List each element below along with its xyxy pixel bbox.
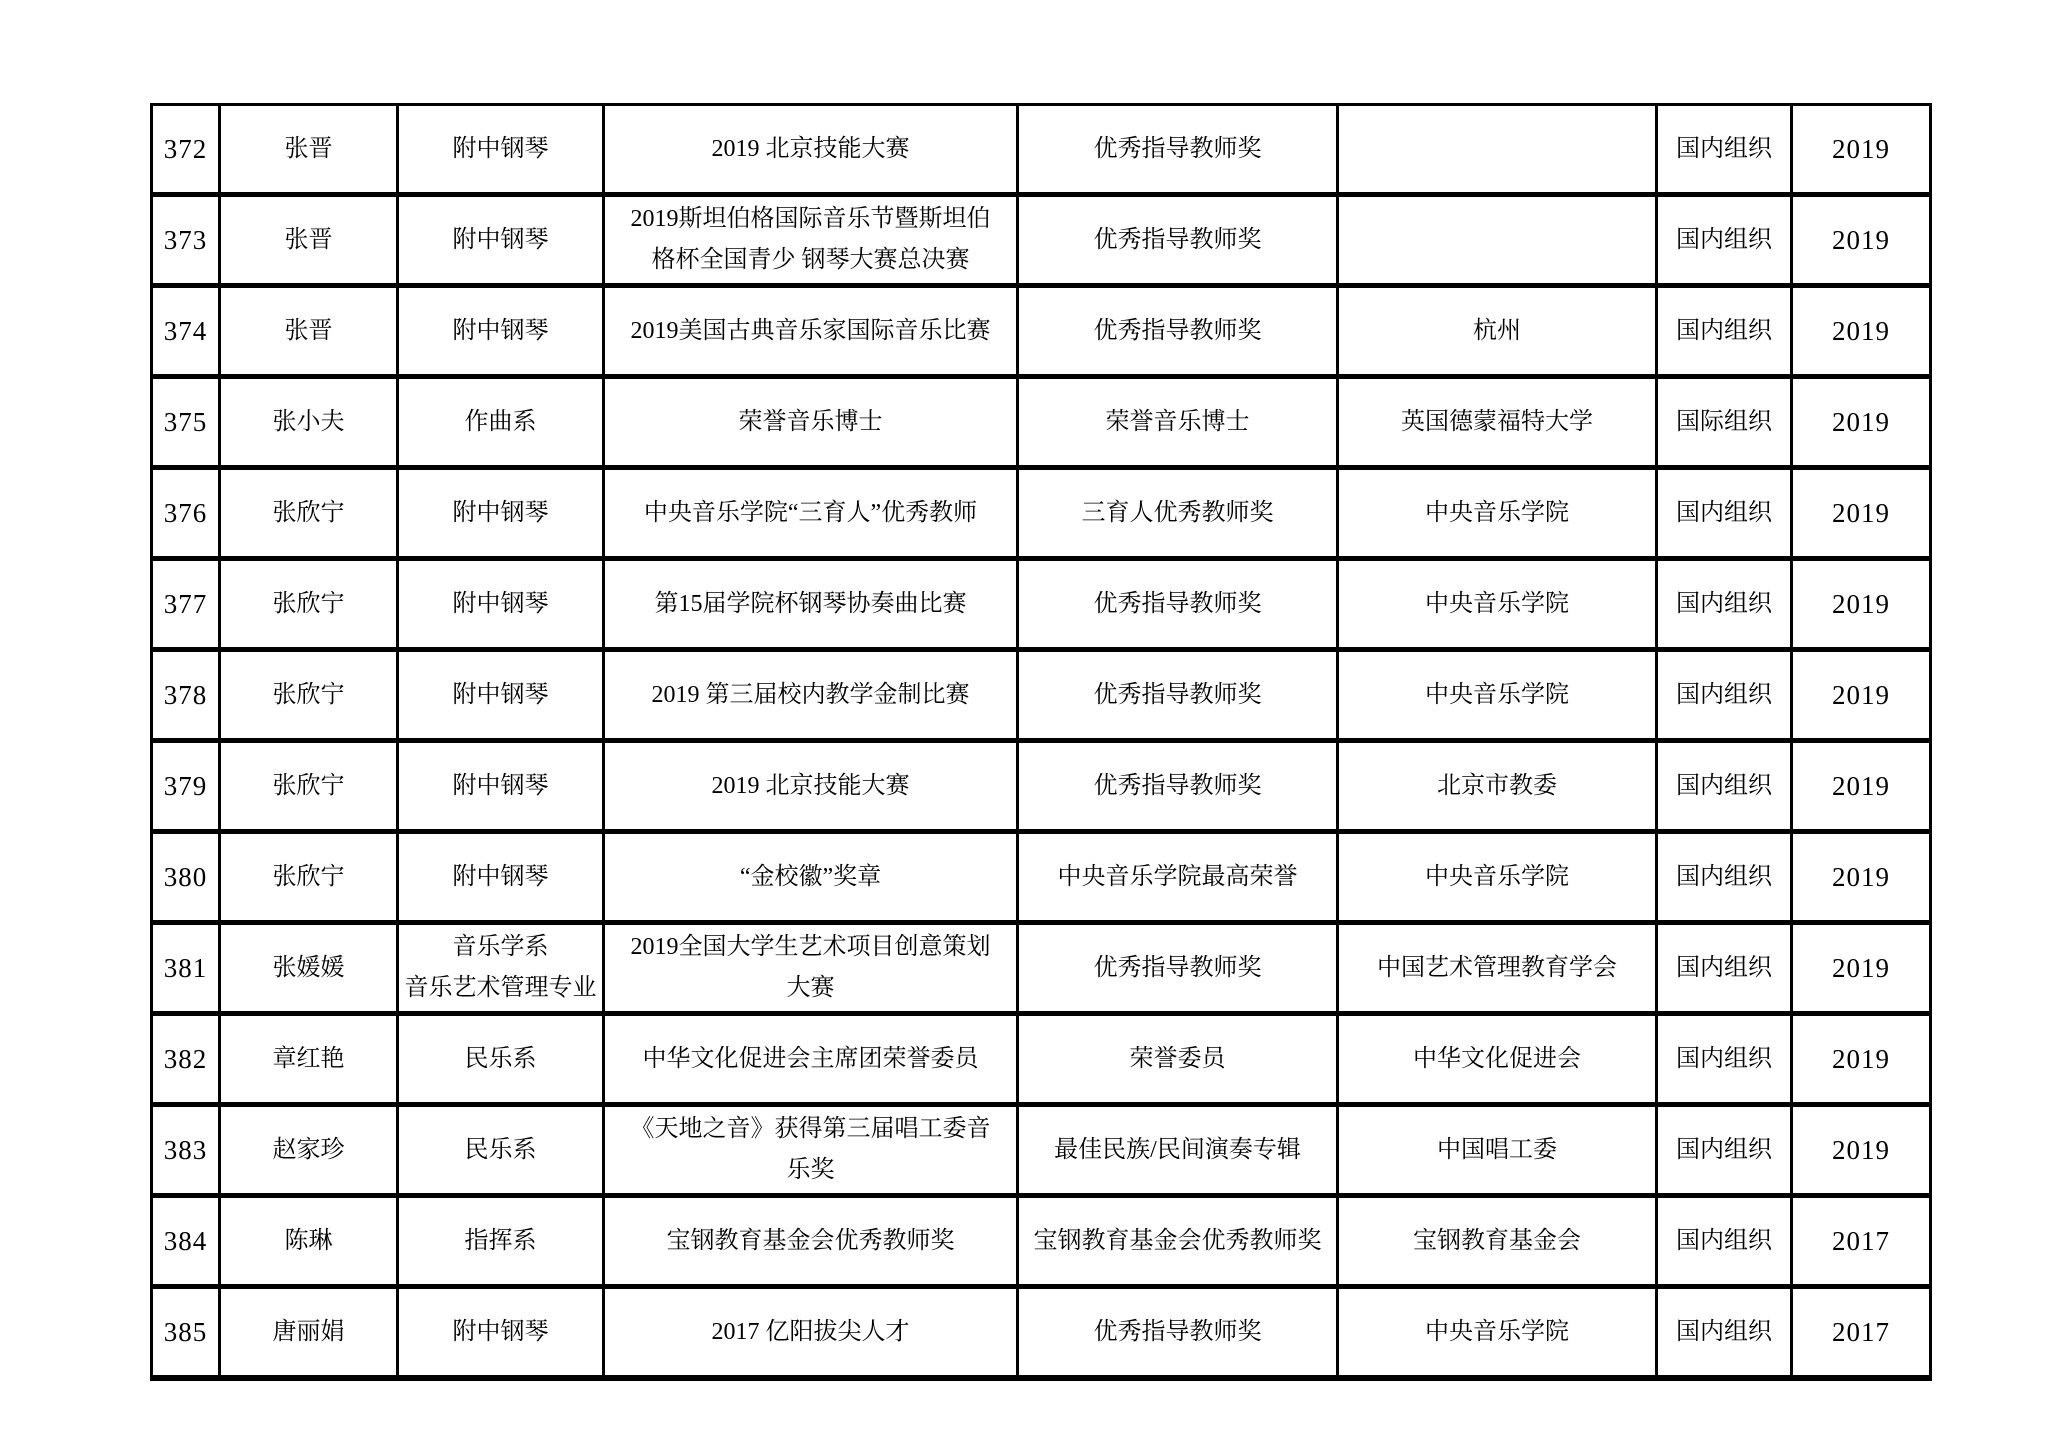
cell-department: 民乐系	[398, 1105, 604, 1196]
cell-teacher-name: 赵家珍	[220, 1105, 398, 1196]
cell-teacher-name: 张欣宁	[220, 468, 398, 559]
cell-index: 377	[152, 559, 220, 650]
cell-award-name: 荣誉音乐博士	[604, 377, 1018, 468]
cell-org-type: 国内组织	[1657, 1105, 1792, 1196]
cell-organization: 中央音乐学院	[1338, 1287, 1657, 1379]
cell-teacher-name: 章红艳	[220, 1014, 398, 1105]
cell-year: 2017	[1792, 1287, 1931, 1379]
cell-year: 2019	[1792, 650, 1931, 741]
cell-org-type: 国际组织	[1657, 377, 1792, 468]
table-row: 372张晋附中钢琴2019 北京技能大赛优秀指导教师奖国内组织2019	[152, 105, 1931, 195]
table-row: 384陈琳指挥系宝钢教育基金会优秀教师奖宝钢教育基金会优秀教师奖宝钢教育基金会国…	[152, 1196, 1931, 1287]
cell-department: 附中钢琴	[398, 832, 604, 923]
cell-year: 2019	[1792, 377, 1931, 468]
cell-teacher-name: 张欣宁	[220, 832, 398, 923]
cell-year: 2019	[1792, 1014, 1931, 1105]
cell-teacher-name: 陈琳	[220, 1196, 398, 1287]
cell-org-type: 国内组织	[1657, 1287, 1792, 1379]
cell-year: 2019	[1792, 105, 1931, 195]
cell-organization: 中央音乐学院	[1338, 468, 1657, 559]
cell-index: 375	[152, 377, 220, 468]
table-row: 374张晋附中钢琴2019美国古典音乐家国际音乐比赛优秀指导教师奖杭州国内组织2…	[152, 286, 1931, 377]
table-row: 378张欣宁附中钢琴2019 第三届校内教学金制比赛优秀指导教师奖中央音乐学院国…	[152, 650, 1931, 741]
table-row: 381张媛媛音乐学系 音乐艺术管理专业2019全国大学生艺术项目创意策划 大赛优…	[152, 923, 1931, 1014]
cell-organization: 中华文化促进会	[1338, 1014, 1657, 1105]
cell-organization: 宝钢教育基金会	[1338, 1196, 1657, 1287]
cell-award-title: 三育人优秀教师奖	[1018, 468, 1338, 559]
cell-award-name: 2019全国大学生艺术项目创意策划 大赛	[604, 923, 1018, 1014]
cell-organization: 北京市教委	[1338, 741, 1657, 832]
cell-award-name: 《天地之音》获得第三届唱工委音 乐奖	[604, 1105, 1018, 1196]
cell-index: 381	[152, 923, 220, 1014]
cell-year: 2019	[1792, 559, 1931, 650]
cell-year: 2019	[1792, 195, 1931, 286]
cell-organization	[1338, 105, 1657, 195]
cell-org-type: 国内组织	[1657, 923, 1792, 1014]
cell-department: 附中钢琴	[398, 741, 604, 832]
cell-organization: 中央音乐学院	[1338, 650, 1657, 741]
cell-award-title: 中央音乐学院最高荣誉	[1018, 832, 1338, 923]
cell-department: 音乐学系 音乐艺术管理专业	[398, 923, 604, 1014]
table-row: 380张欣宁附中钢琴“金校徽”奖章中央音乐学院最高荣誉中央音乐学院国内组织201…	[152, 832, 1931, 923]
cell-award-title: 优秀指导教师奖	[1018, 1287, 1338, 1379]
cell-org-type: 国内组织	[1657, 1014, 1792, 1105]
document-page: 372张晋附中钢琴2019 北京技能大赛优秀指导教师奖国内组织2019373张晋…	[0, 0, 2048, 1449]
table-row: 385唐丽娟附中钢琴2017 亿阳拔尖人才优秀指导教师奖中央音乐学院国内组织20…	[152, 1287, 1931, 1379]
cell-organization: 中央音乐学院	[1338, 559, 1657, 650]
table-row: 376张欣宁附中钢琴中央音乐学院“三育人”优秀教师三育人优秀教师奖中央音乐学院国…	[152, 468, 1931, 559]
table-row: 377张欣宁附中钢琴第15届学院杯钢琴协奏曲比赛优秀指导教师奖中央音乐学院国内组…	[152, 559, 1931, 650]
cell-index: 378	[152, 650, 220, 741]
cell-org-type: 国内组织	[1657, 832, 1792, 923]
cell-organization: 中国唱工委	[1338, 1105, 1657, 1196]
cell-award-name: 第15届学院杯钢琴协奏曲比赛	[604, 559, 1018, 650]
cell-award-name: 2019 北京技能大赛	[604, 105, 1018, 195]
cell-department: 附中钢琴	[398, 286, 604, 377]
cell-teacher-name: 张晋	[220, 105, 398, 195]
cell-org-type: 国内组织	[1657, 741, 1792, 832]
cell-department: 作曲系	[398, 377, 604, 468]
cell-year: 2019	[1792, 286, 1931, 377]
cell-department: 附中钢琴	[398, 559, 604, 650]
cell-org-type: 国内组织	[1657, 1196, 1792, 1287]
cell-department: 附中钢琴	[398, 105, 604, 195]
table-row: 379张欣宁附中钢琴2019 北京技能大赛优秀指导教师奖北京市教委国内组织201…	[152, 741, 1931, 832]
cell-teacher-name: 张晋	[220, 195, 398, 286]
cell-award-name: 2019斯坦伯格国际音乐节暨斯坦伯 格杯全国青少 钢琴大赛总决赛	[604, 195, 1018, 286]
cell-index: 376	[152, 468, 220, 559]
cell-year: 2017	[1792, 1196, 1931, 1287]
cell-teacher-name: 唐丽娟	[220, 1287, 398, 1379]
cell-award-title: 优秀指导教师奖	[1018, 286, 1338, 377]
cell-award-name: 中央音乐学院“三育人”优秀教师	[604, 468, 1018, 559]
cell-teacher-name: 张晋	[220, 286, 398, 377]
cell-year: 2019	[1792, 741, 1931, 832]
cell-award-title: 优秀指导教师奖	[1018, 195, 1338, 286]
cell-year: 2019	[1792, 832, 1931, 923]
cell-award-title: 最佳民族/民间演奏专辑	[1018, 1105, 1338, 1196]
cell-index: 372	[152, 105, 220, 195]
table-row: 373张晋附中钢琴2019斯坦伯格国际音乐节暨斯坦伯 格杯全国青少 钢琴大赛总决…	[152, 195, 1931, 286]
awards-table-body: 372张晋附中钢琴2019 北京技能大赛优秀指导教师奖国内组织2019373张晋…	[152, 105, 1931, 1379]
cell-department: 附中钢琴	[398, 468, 604, 559]
cell-year: 2019	[1792, 468, 1931, 559]
cell-index: 382	[152, 1014, 220, 1105]
cell-award-title: 荣誉音乐博士	[1018, 377, 1338, 468]
cell-teacher-name: 张媛媛	[220, 923, 398, 1014]
cell-index: 380	[152, 832, 220, 923]
table-row: 382章红艳民乐系中华文化促进会主席团荣誉委员荣誉委员中华文化促进会国内组织20…	[152, 1014, 1931, 1105]
cell-award-title: 优秀指导教师奖	[1018, 559, 1338, 650]
cell-award-name: “金校徽”奖章	[604, 832, 1018, 923]
cell-award-name: 宝钢教育基金会优秀教师奖	[604, 1196, 1018, 1287]
cell-award-title: 宝钢教育基金会优秀教师奖	[1018, 1196, 1338, 1287]
cell-award-title: 优秀指导教师奖	[1018, 105, 1338, 195]
cell-index: 379	[152, 741, 220, 832]
cell-department: 指挥系	[398, 1196, 604, 1287]
cell-award-name: 2019 第三届校内教学金制比赛	[604, 650, 1018, 741]
cell-department: 附中钢琴	[398, 195, 604, 286]
cell-organization	[1338, 195, 1657, 286]
cell-org-type: 国内组织	[1657, 559, 1792, 650]
cell-index: 374	[152, 286, 220, 377]
cell-index: 383	[152, 1105, 220, 1196]
cell-org-type: 国内组织	[1657, 105, 1792, 195]
cell-org-type: 国内组织	[1657, 286, 1792, 377]
cell-year: 2019	[1792, 923, 1931, 1014]
cell-award-name: 2019美国古典音乐家国际音乐比赛	[604, 286, 1018, 377]
cell-teacher-name: 张欣宁	[220, 559, 398, 650]
cell-award-name: 2017 亿阳拔尖人才	[604, 1287, 1018, 1379]
cell-award-name: 2019 北京技能大赛	[604, 741, 1018, 832]
cell-organization: 中国艺术管理教育学会	[1338, 923, 1657, 1014]
cell-org-type: 国内组织	[1657, 650, 1792, 741]
table-row: 375张小夫作曲系荣誉音乐博士荣誉音乐博士英国德蒙福特大学国际组织2019	[152, 377, 1931, 468]
cell-award-title: 优秀指导教师奖	[1018, 741, 1338, 832]
cell-award-name: 中华文化促进会主席团荣誉委员	[604, 1014, 1018, 1105]
cell-org-type: 国内组织	[1657, 468, 1792, 559]
cell-teacher-name: 张小夫	[220, 377, 398, 468]
cell-index: 373	[152, 195, 220, 286]
cell-organization: 英国德蒙福特大学	[1338, 377, 1657, 468]
cell-index: 384	[152, 1196, 220, 1287]
cell-year: 2019	[1792, 1105, 1931, 1196]
cell-organization: 杭州	[1338, 286, 1657, 377]
cell-teacher-name: 张欣宁	[220, 650, 398, 741]
cell-teacher-name: 张欣宁	[220, 741, 398, 832]
table-row: 383赵家珍民乐系《天地之音》获得第三届唱工委音 乐奖最佳民族/民间演奏专辑中国…	[152, 1105, 1931, 1196]
cell-department: 附中钢琴	[398, 650, 604, 741]
cell-org-type: 国内组织	[1657, 195, 1792, 286]
cell-award-title: 优秀指导教师奖	[1018, 650, 1338, 741]
cell-award-title: 优秀指导教师奖	[1018, 923, 1338, 1014]
cell-department: 民乐系	[398, 1014, 604, 1105]
cell-award-title: 荣誉委员	[1018, 1014, 1338, 1105]
awards-table: 372张晋附中钢琴2019 北京技能大赛优秀指导教师奖国内组织2019373张晋…	[150, 103, 1932, 1381]
cell-department: 附中钢琴	[398, 1287, 604, 1379]
cell-index: 385	[152, 1287, 220, 1379]
cell-organization: 中央音乐学院	[1338, 832, 1657, 923]
